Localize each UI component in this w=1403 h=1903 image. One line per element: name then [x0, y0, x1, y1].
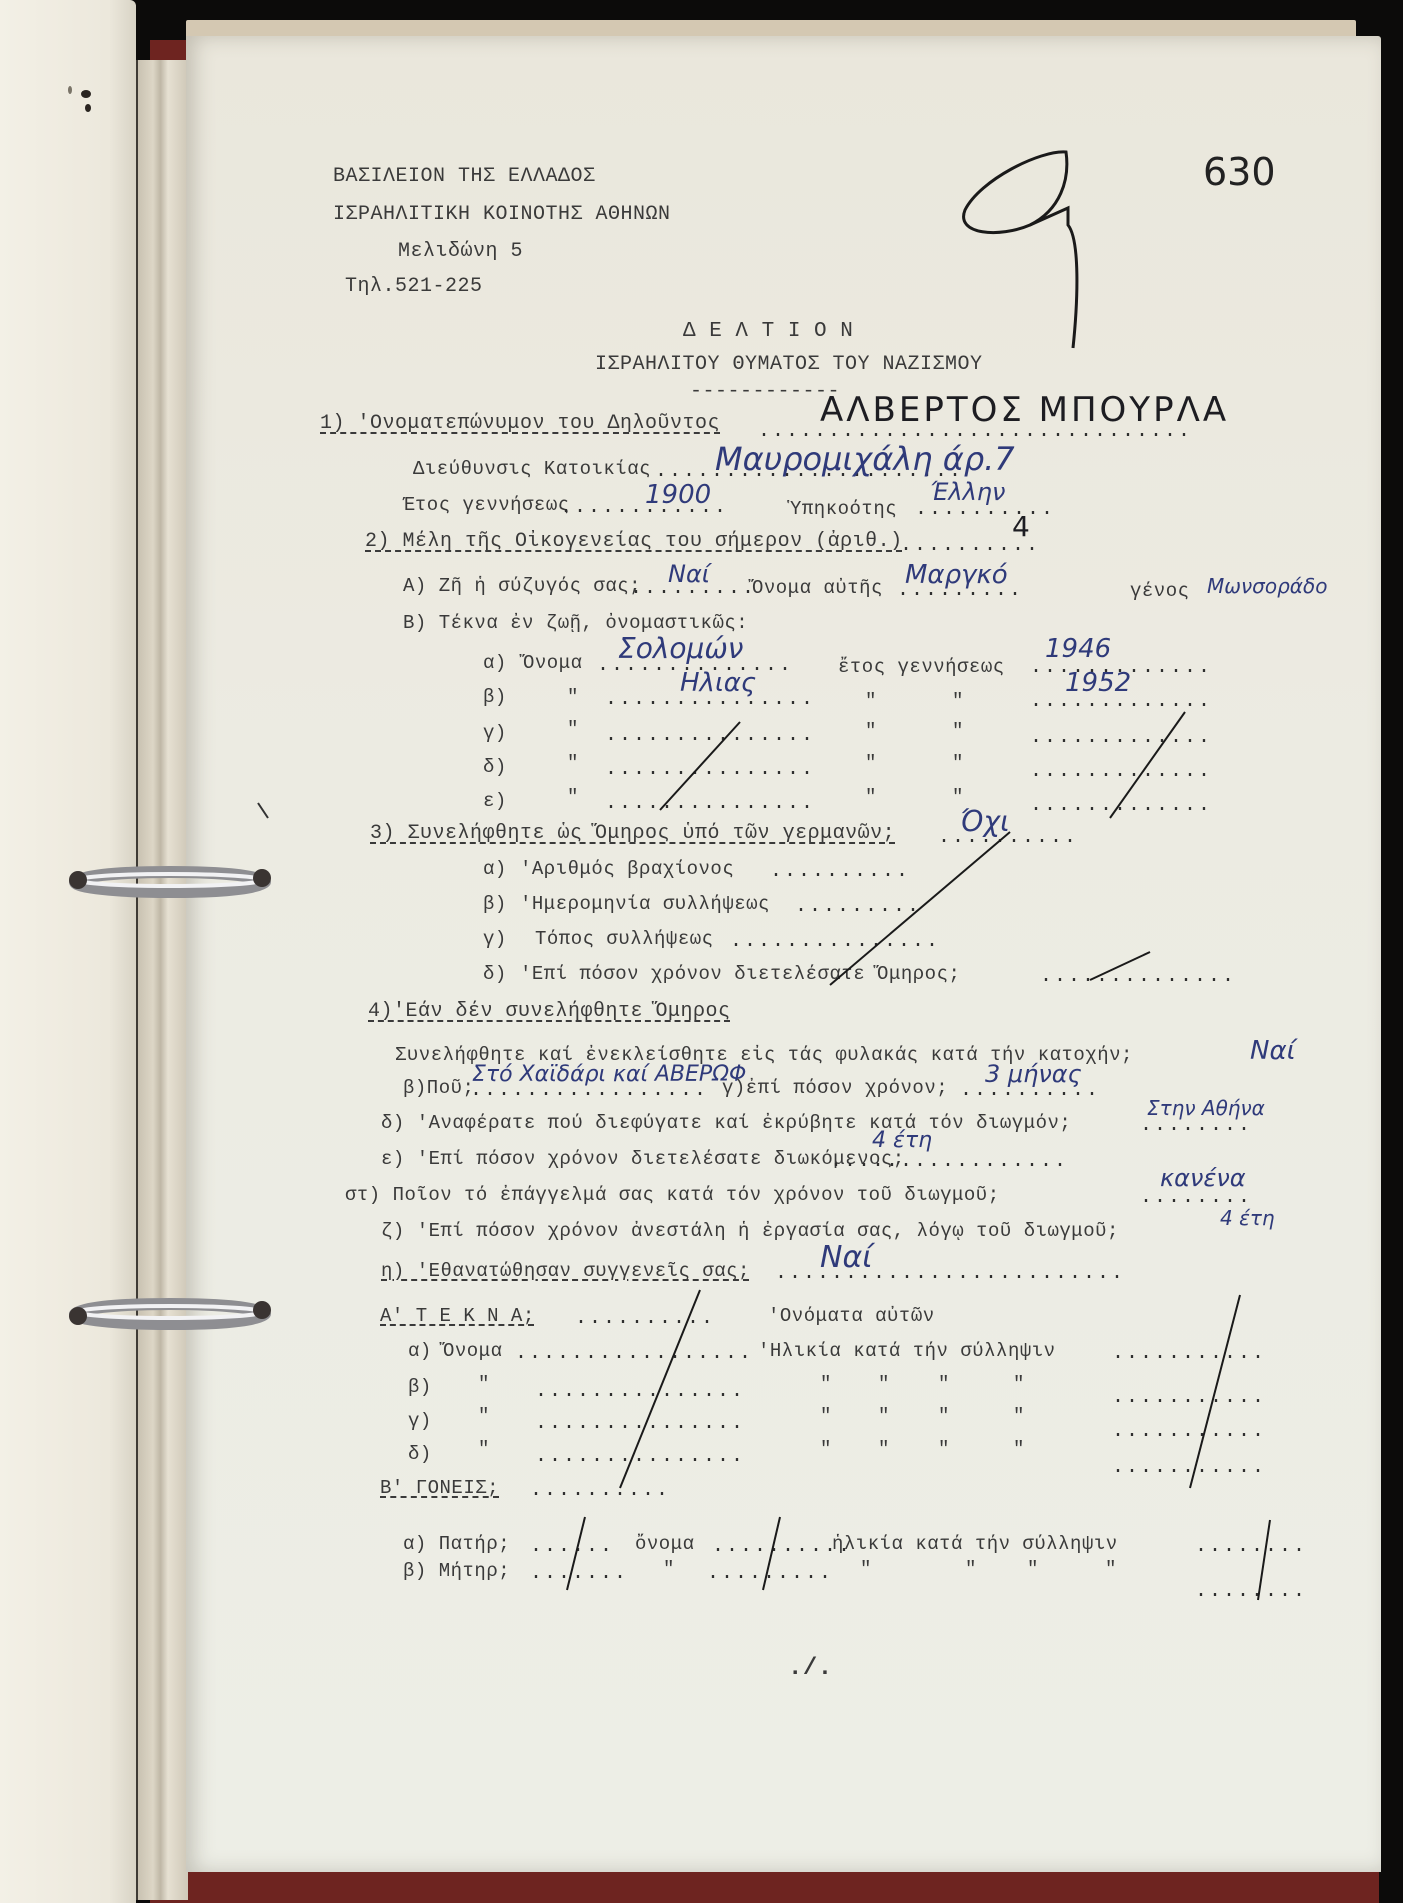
dot-leader: ...........: [1112, 1456, 1266, 1479]
work-suspended-question: ζ) 'Επί πόσον χρόνον ἀνεστάλη ἡ ἐργασία …: [381, 1220, 1119, 1242]
children-label: Β) Τέκνα ἐν ζωῇ, ὀνομαστικῶς:: [403, 612, 748, 634]
spouse-alive-value: Ναί: [668, 560, 710, 588]
citizenship-value: Έλλην: [930, 478, 1005, 506]
child-name-value: Ηλιας: [680, 668, 756, 698]
header-community: ΙΣΡΑΗΛΙΤΙΚΗ ΚΟΙΝΟΤΗΣ ΑΘΗΝΩΝ: [333, 203, 671, 226]
not-hostage-label: 4)'Εάν δέν συνελήφθητε Ὅμηρος: [368, 1000, 731, 1023]
child-letter: ε): [483, 790, 507, 812]
header-address: Μελιδώνη 5: [398, 240, 523, 263]
ditto-mark: ": [860, 1558, 872, 1580]
child-birth-value: 1952: [1065, 668, 1131, 698]
child-letter: β): [483, 686, 507, 708]
imprisoned-answer: Ναί: [1250, 1036, 1295, 1066]
hostage-item-letter: γ): [483, 928, 507, 950]
ditto-mark: ": [1013, 1373, 1025, 1395]
arm-number-label: 'Αριθμός βραχίονος: [520, 858, 734, 880]
ditto-mark: ": [938, 1373, 950, 1395]
dot-leader: ..............: [1040, 965, 1236, 988]
age-at-arrest-label: 'Ηλικία κατά τήν σύλληψιν: [758, 1340, 1056, 1362]
ditto-mark: ": [952, 752, 964, 774]
how-long-question: γ)ἐπί πόσον χρόνον;: [722, 1077, 948, 1099]
mother-label: β) Μήτηρ;: [403, 1560, 510, 1582]
hostage-duration-label: 'Επί πόσον χρόνον διετελέσατε Ὅμηρος;: [520, 963, 960, 985]
family-members-value: 4: [1012, 510, 1030, 543]
address-value: Μαυρομιχάλη άρ.7: [715, 440, 1015, 478]
killed-child-letter: γ): [408, 1410, 432, 1432]
father-label: α) Πατήρ;: [403, 1533, 510, 1555]
declarant-name-value: ΑΛΒΕΡΤΟΣ ΜΠΟΥΡΛΑ: [820, 390, 1229, 430]
dot-leader: .................: [830, 1150, 1068, 1173]
dot-leader: ...............: [605, 724, 815, 747]
ditto-mark: ": [878, 1405, 890, 1427]
dot-leader: ..........: [575, 1307, 715, 1330]
dot-leader: ...............: [535, 1380, 745, 1403]
ditto-mark: ": [567, 786, 579, 808]
address-label: Διεύθυνσις Κατοικίας: [413, 458, 651, 480]
child-letter: γ): [483, 722, 507, 744]
dot-leader: ........: [1195, 1580, 1307, 1603]
ditto-mark: ": [878, 1373, 890, 1395]
ditto-mark: ": [938, 1438, 950, 1460]
ditto-mark: ": [1013, 1438, 1025, 1460]
header-kingdom: ΒΑΣΙΛΕΙΟΝ ΤΗΣ ΕΛΛΑΔΟΣ: [333, 165, 596, 188]
persecuted-answer: 4 έτη: [872, 1128, 932, 1153]
hostage-item-letter: β): [483, 893, 507, 915]
dot-leader: ...........: [1112, 1420, 1266, 1443]
father-age-label: ἡλικία κατά τήν σύλληψιν: [832, 1533, 1118, 1555]
birth-year-value: 1900: [645, 480, 711, 510]
profession-answer: κανένα: [1160, 1164, 1246, 1192]
dot-leader: ..........: [530, 1479, 670, 1502]
profession-question: στ) Ποῖον τό ἐπάγγελμά σας κατά τόν χρόν…: [345, 1184, 1000, 1206]
header-phone: Τηλ.521-225: [345, 275, 483, 298]
page-number: 630: [1203, 150, 1276, 194]
dot-leader: .............: [1030, 760, 1212, 783]
ditto-mark: ": [878, 1438, 890, 1460]
dot-leader: ..........: [770, 860, 910, 883]
ditto-mark: ": [820, 1405, 832, 1427]
spouse-maiden-value: Μωνσοράδο: [1207, 574, 1327, 598]
killed-child-letter: β): [408, 1376, 432, 1398]
binder-ring-bottom-icon: [60, 1280, 280, 1350]
dot-leader: ...............: [535, 1412, 745, 1435]
where-question: β)Ποῦ;: [403, 1077, 474, 1099]
spouse-name-label: Ὄνομα αὐτῆς: [752, 577, 883, 599]
ditto-mark: ": [865, 720, 877, 742]
spouse-maiden-label: γένος: [1130, 580, 1190, 602]
ditto-mark: ": [567, 752, 579, 774]
ditto-mark: ": [567, 718, 579, 740]
hostage-answer: Όχι: [960, 805, 1010, 838]
dot-leader: .......: [530, 1562, 628, 1585]
child-birth-label: ἔτος γεννήσεως: [838, 656, 1005, 678]
where-answer: Στό Χαϊδάρι καί ΑΒΕΡΩΦ: [472, 1062, 746, 1087]
names-label: 'Ονόματα αὐτῶν: [768, 1305, 935, 1327]
child-letter: δ): [483, 756, 507, 778]
relatives-killed-answer: Ναί: [820, 1240, 872, 1275]
dark-background: [1379, 0, 1403, 1903]
dot-leader: ........: [1195, 1535, 1307, 1558]
hostage-question: 3) Συνελήφθητε ὡς Ὅμηρος ὑπό τῶν γερμανῶ…: [370, 822, 895, 845]
ditto-mark: ": [820, 1373, 832, 1395]
family-members-label: 2) Μέλη τῆς Οἰκογενείας του σήμερον (ἀρι…: [365, 530, 903, 553]
declarant-name-label: 1) 'Ονοματεπώνυμον του Δηλοῦντος: [320, 412, 720, 435]
ditto-mark: ": [938, 1405, 950, 1427]
killed-child-letter: α): [408, 1340, 432, 1362]
ditto-mark: ": [663, 1558, 675, 1580]
dot-leader: ...............: [535, 1445, 745, 1468]
ditto-mark: ": [865, 752, 877, 774]
page-stack-edge: [136, 60, 188, 1900]
ditto-mark: ": [1013, 1405, 1025, 1427]
father-name-label: ὄνομα: [635, 1533, 695, 1555]
binder-ring-top-icon: [60, 848, 280, 918]
child-birth-value: 1946: [1045, 634, 1111, 664]
dot-leader: .........: [707, 1562, 833, 1585]
form-title: Δ Ε Λ Τ Ι Ο Ν: [683, 320, 853, 343]
ditto-mark: ": [865, 690, 877, 712]
escape-answer: Στην Αθήνα: [1147, 1096, 1265, 1120]
ditto-mark: ": [478, 1373, 490, 1395]
ditto-mark: ": [567, 686, 579, 708]
spouse-alive-label: Α) Ζῆ ἡ σύζυγός σας;: [403, 575, 641, 597]
parents-heading: Β' ΓΟΝΕΙΣ;: [380, 1477, 499, 1499]
ditto-mark: ": [478, 1405, 490, 1427]
child-name-label: Ὄνομα: [523, 652, 583, 674]
killed-child-letter: δ): [408, 1443, 432, 1465]
dot-leader: .............: [1030, 794, 1212, 817]
subtitle-rule: ------------: [690, 380, 840, 403]
arrest-place-label: Τόπος συλλήψεως: [535, 928, 714, 950]
work-suspended-answer: 4 έτη: [1220, 1206, 1275, 1230]
left-page: [0, 0, 136, 1903]
arrest-date-label: 'Ημερομηνία συλλήψεως: [520, 893, 770, 915]
spouse-name-value: Μαργκό: [905, 560, 1008, 590]
relatives-killed-question: η) 'Εθανατώθησαν συγγενεῖς σας;: [381, 1260, 750, 1282]
killed-child-name-label: Ὄνομα: [443, 1340, 503, 1362]
dot-leader: ...........: [1112, 1386, 1266, 1409]
dot-leader: .........: [795, 895, 921, 918]
child-letter: α): [483, 652, 507, 674]
child-name-value: Σολομών: [618, 632, 743, 665]
ditto-mark: ": [952, 690, 964, 712]
citizenship-label: Ὑπηκοότης: [790, 498, 897, 520]
dot-leader: ...............: [605, 758, 815, 781]
ditto-mark: ": [1105, 1558, 1117, 1580]
ditto-mark: ": [478, 1438, 490, 1460]
how-long-answer: 3 μήνας: [985, 1060, 1082, 1088]
form-subtitle: ΙΣΡΑΗΛΙΤΟΥ ΘΥΜΑΤΟΣ ΤΟΥ ΝΑΖΙΣΜΟΥ: [595, 353, 983, 376]
continuation-mark: ./.: [788, 1655, 833, 1682]
escape-question: δ) 'Αναφέρατε πού διεφύγατε καί ἐκρύβητε…: [381, 1112, 1071, 1134]
ink-stain-icon: [62, 80, 102, 130]
dot-leader: ...............: [605, 792, 815, 815]
killed-children-heading: Α' Τ Ε Κ Ν Α;: [380, 1305, 535, 1327]
persecuted-question: ε) 'Επί πόσον χρόνον διετελέσατε διωκόμε…: [381, 1148, 905, 1170]
birth-year-label: Έτος γεννήσεως: [403, 494, 570, 516]
ditto-mark: ": [965, 1558, 977, 1580]
hostage-item-letter: α): [483, 858, 507, 880]
hostage-item-letter: δ): [483, 963, 507, 985]
ditto-mark: ": [952, 720, 964, 742]
dot-leader: ...............: [730, 930, 940, 953]
dot-leader: .................: [515, 1342, 753, 1365]
ditto-mark: ": [820, 1438, 832, 1460]
ditto-mark: ": [1027, 1558, 1039, 1580]
ditto-mark: ": [865, 786, 877, 808]
dot-leader: ...........: [1112, 1342, 1266, 1365]
dot-leader: ......: [530, 1535, 614, 1558]
dot-leader: .............: [1030, 726, 1212, 749]
